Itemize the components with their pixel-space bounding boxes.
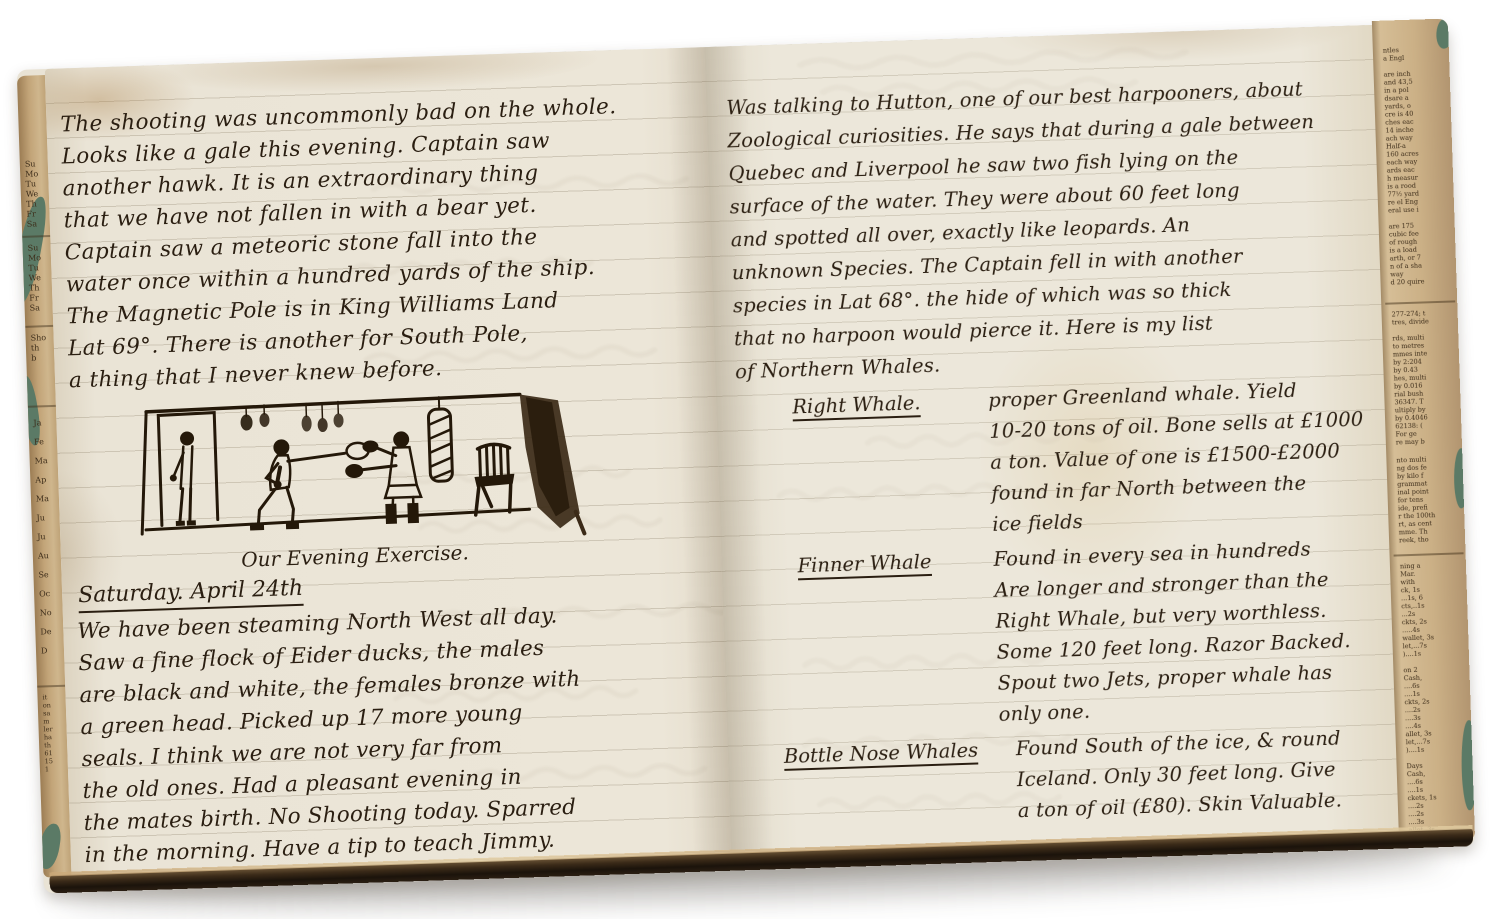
whale-description: Found South of the ice, & round Iceland.… bbox=[1015, 726, 1343, 830]
spine-divider bbox=[28, 405, 56, 408]
whale-list-row: Finner Whale Found in every sea in hundr… bbox=[741, 535, 1401, 743]
entry-date-heading: Saturday. April 24th bbox=[78, 576, 304, 613]
spine-divider bbox=[25, 325, 53, 328]
spine-weekday-column: Su Mo Tu We Th Fr Sa bbox=[25, 159, 40, 229]
right-page-text: Was talking to Hutton, one of our best h… bbox=[726, 75, 1404, 839]
whale-list-row: Right Whale. proper Greenland whale. Yie… bbox=[736, 376, 1395, 553]
whale-description: Found in every sea in hundreds Are longe… bbox=[993, 536, 1353, 734]
fore-edge-text-measures: ntles a Engl are inch and 43,5 in a pol … bbox=[1383, 45, 1451, 295]
fore-edge-price-table: ning a Mar. with ck, 1s ...1s, 6 cts,..1… bbox=[1400, 560, 1469, 832]
whale-description: proper Greenland whale. Yield 10-20 tons… bbox=[988, 377, 1367, 544]
scanned-diary-spread: Su Mo Tu We Th Fr Sa Su Mo Tu We Th Fr S… bbox=[0, 0, 1500, 919]
fore-edge-divider bbox=[1394, 552, 1464, 556]
right-page: Was talking to Hutton, one of our best h… bbox=[704, 25, 1406, 855]
spine-weekday-column: Su Mo Tu We Th Fr Sa bbox=[27, 243, 42, 313]
fore-edge-text-conversions: 277-274; t tres, divide rds, multi to me… bbox=[1391, 309, 1456, 451]
whale-list-row: Bottle Nose Whales Found South of the ic… bbox=[748, 724, 1405, 839]
spine-fineprint: it on sa m ler ha th 61 15 1 bbox=[42, 693, 54, 773]
binding-cloth-fragment bbox=[36, 822, 62, 870]
left-page-text: The shooting was uncommonly bad on the w… bbox=[60, 91, 727, 875]
fore-edge-text-lower: nto multi ng dos fe by kilo f grammat in… bbox=[1396, 454, 1459, 548]
spine-notice-fragment: Sho th b bbox=[30, 333, 46, 363]
fore-edge-divider bbox=[1385, 300, 1455, 304]
entry-text: We have been steaming North West all day… bbox=[77, 598, 727, 875]
spine-divider bbox=[37, 685, 65, 688]
whale-name: Bottle Nose Whales bbox=[748, 737, 1019, 839]
spine-month-column: Ja Fe Ma Ap Ma Ju Ju Au Se Oc No De D bbox=[33, 413, 54, 660]
whale-name: Right Whale. bbox=[736, 389, 993, 552]
whale-name: Finner Whale bbox=[741, 548, 999, 742]
diary-book: Su Mo Tu We Th Fr Sa Su Mo Tu We Th Fr S… bbox=[17, 22, 1476, 893]
boxing-sketch bbox=[128, 387, 613, 558]
left-page: The shooting was uncommonly bad on the w… bbox=[45, 47, 731, 876]
